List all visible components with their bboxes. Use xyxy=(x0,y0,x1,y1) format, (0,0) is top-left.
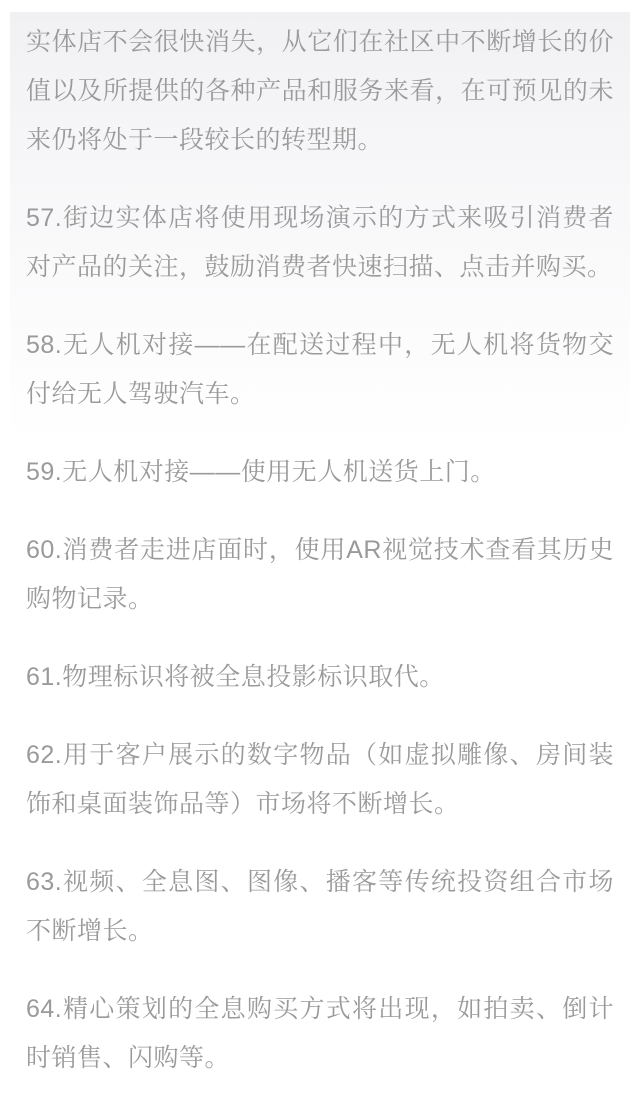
item-text: 精心策划的全息购买方式将出现，如拍卖、倒计时销售、闪购等。 xyxy=(26,995,614,1072)
item-number: 58. xyxy=(26,331,62,359)
list-item-63: 63.视频、全息图、图像、播客等传统投资组合市场不断增长。 xyxy=(26,858,614,956)
list-item-61: 61.物理标识将被全息投影标识取代。 xyxy=(26,653,614,702)
item-text: 街边实体店将使用现场演示的方式来吸引消费者对产品的关注，鼓励消费者快速扫描、点击… xyxy=(26,204,614,281)
item-text: 视频、全息图、图像、播客等传统投资组合市场不断增长。 xyxy=(26,868,614,945)
list-item-60: 60.消费者走进店面时，使用AR视觉技术查看其历史购物记录。 xyxy=(26,526,614,624)
item-text: 无人机对接——使用无人机送货上门。 xyxy=(62,458,496,486)
item-number: 57. xyxy=(26,204,62,232)
article-page: 实体店不会很快消失，从它们在社区中不断增长的价值以及所提供的各种产品和服务来看，… xyxy=(0,0,640,1103)
item-number: 63. xyxy=(26,868,62,896)
list-item-62: 62.用于客户展示的数字物品（如虚拟雕像、房间装饰和桌面装饰品等）市场将不断增长… xyxy=(26,731,614,829)
intro-paragraph: 实体店不会很快消失，从它们在社区中不断增长的价值以及所提供的各种产品和服务来看，… xyxy=(26,18,614,165)
item-text: 物理标识将被全息投影标识取代。 xyxy=(62,663,445,691)
list-item-59: 59.无人机对接——使用无人机送货上门。 xyxy=(26,448,614,497)
item-number: 61. xyxy=(26,663,62,691)
list-item-64: 64.精心策划的全息购买方式将出现，如拍卖、倒计时销售、闪购等。 xyxy=(26,985,614,1083)
item-number: 64. xyxy=(26,995,62,1023)
article-sheet: 实体店不会很快消失，从它们在社区中不断增长的价值以及所提供的各种产品和服务来看，… xyxy=(10,12,630,1103)
list-item-58: 58.无人机对接——在配送过程中，无人机将货物交付给无人驾驶汽车。 xyxy=(26,321,614,419)
list-item-57: 57.街边实体店将使用现场演示的方式来吸引消费者对产品的关注，鼓励消费者快速扫描… xyxy=(26,194,614,292)
item-text: 消费者走进店面时，使用AR视觉技术查看其历史购物记录。 xyxy=(26,536,614,613)
item-number: 60. xyxy=(26,536,62,564)
item-text: 无人机对接——在配送过程中，无人机将货物交付给无人驾驶汽车。 xyxy=(26,331,614,408)
item-number: 62. xyxy=(26,741,62,769)
item-number: 59. xyxy=(26,458,62,486)
item-text: 用于客户展示的数字物品（如虚拟雕像、房间装饰和桌面装饰品等）市场将不断增长。 xyxy=(26,741,614,818)
